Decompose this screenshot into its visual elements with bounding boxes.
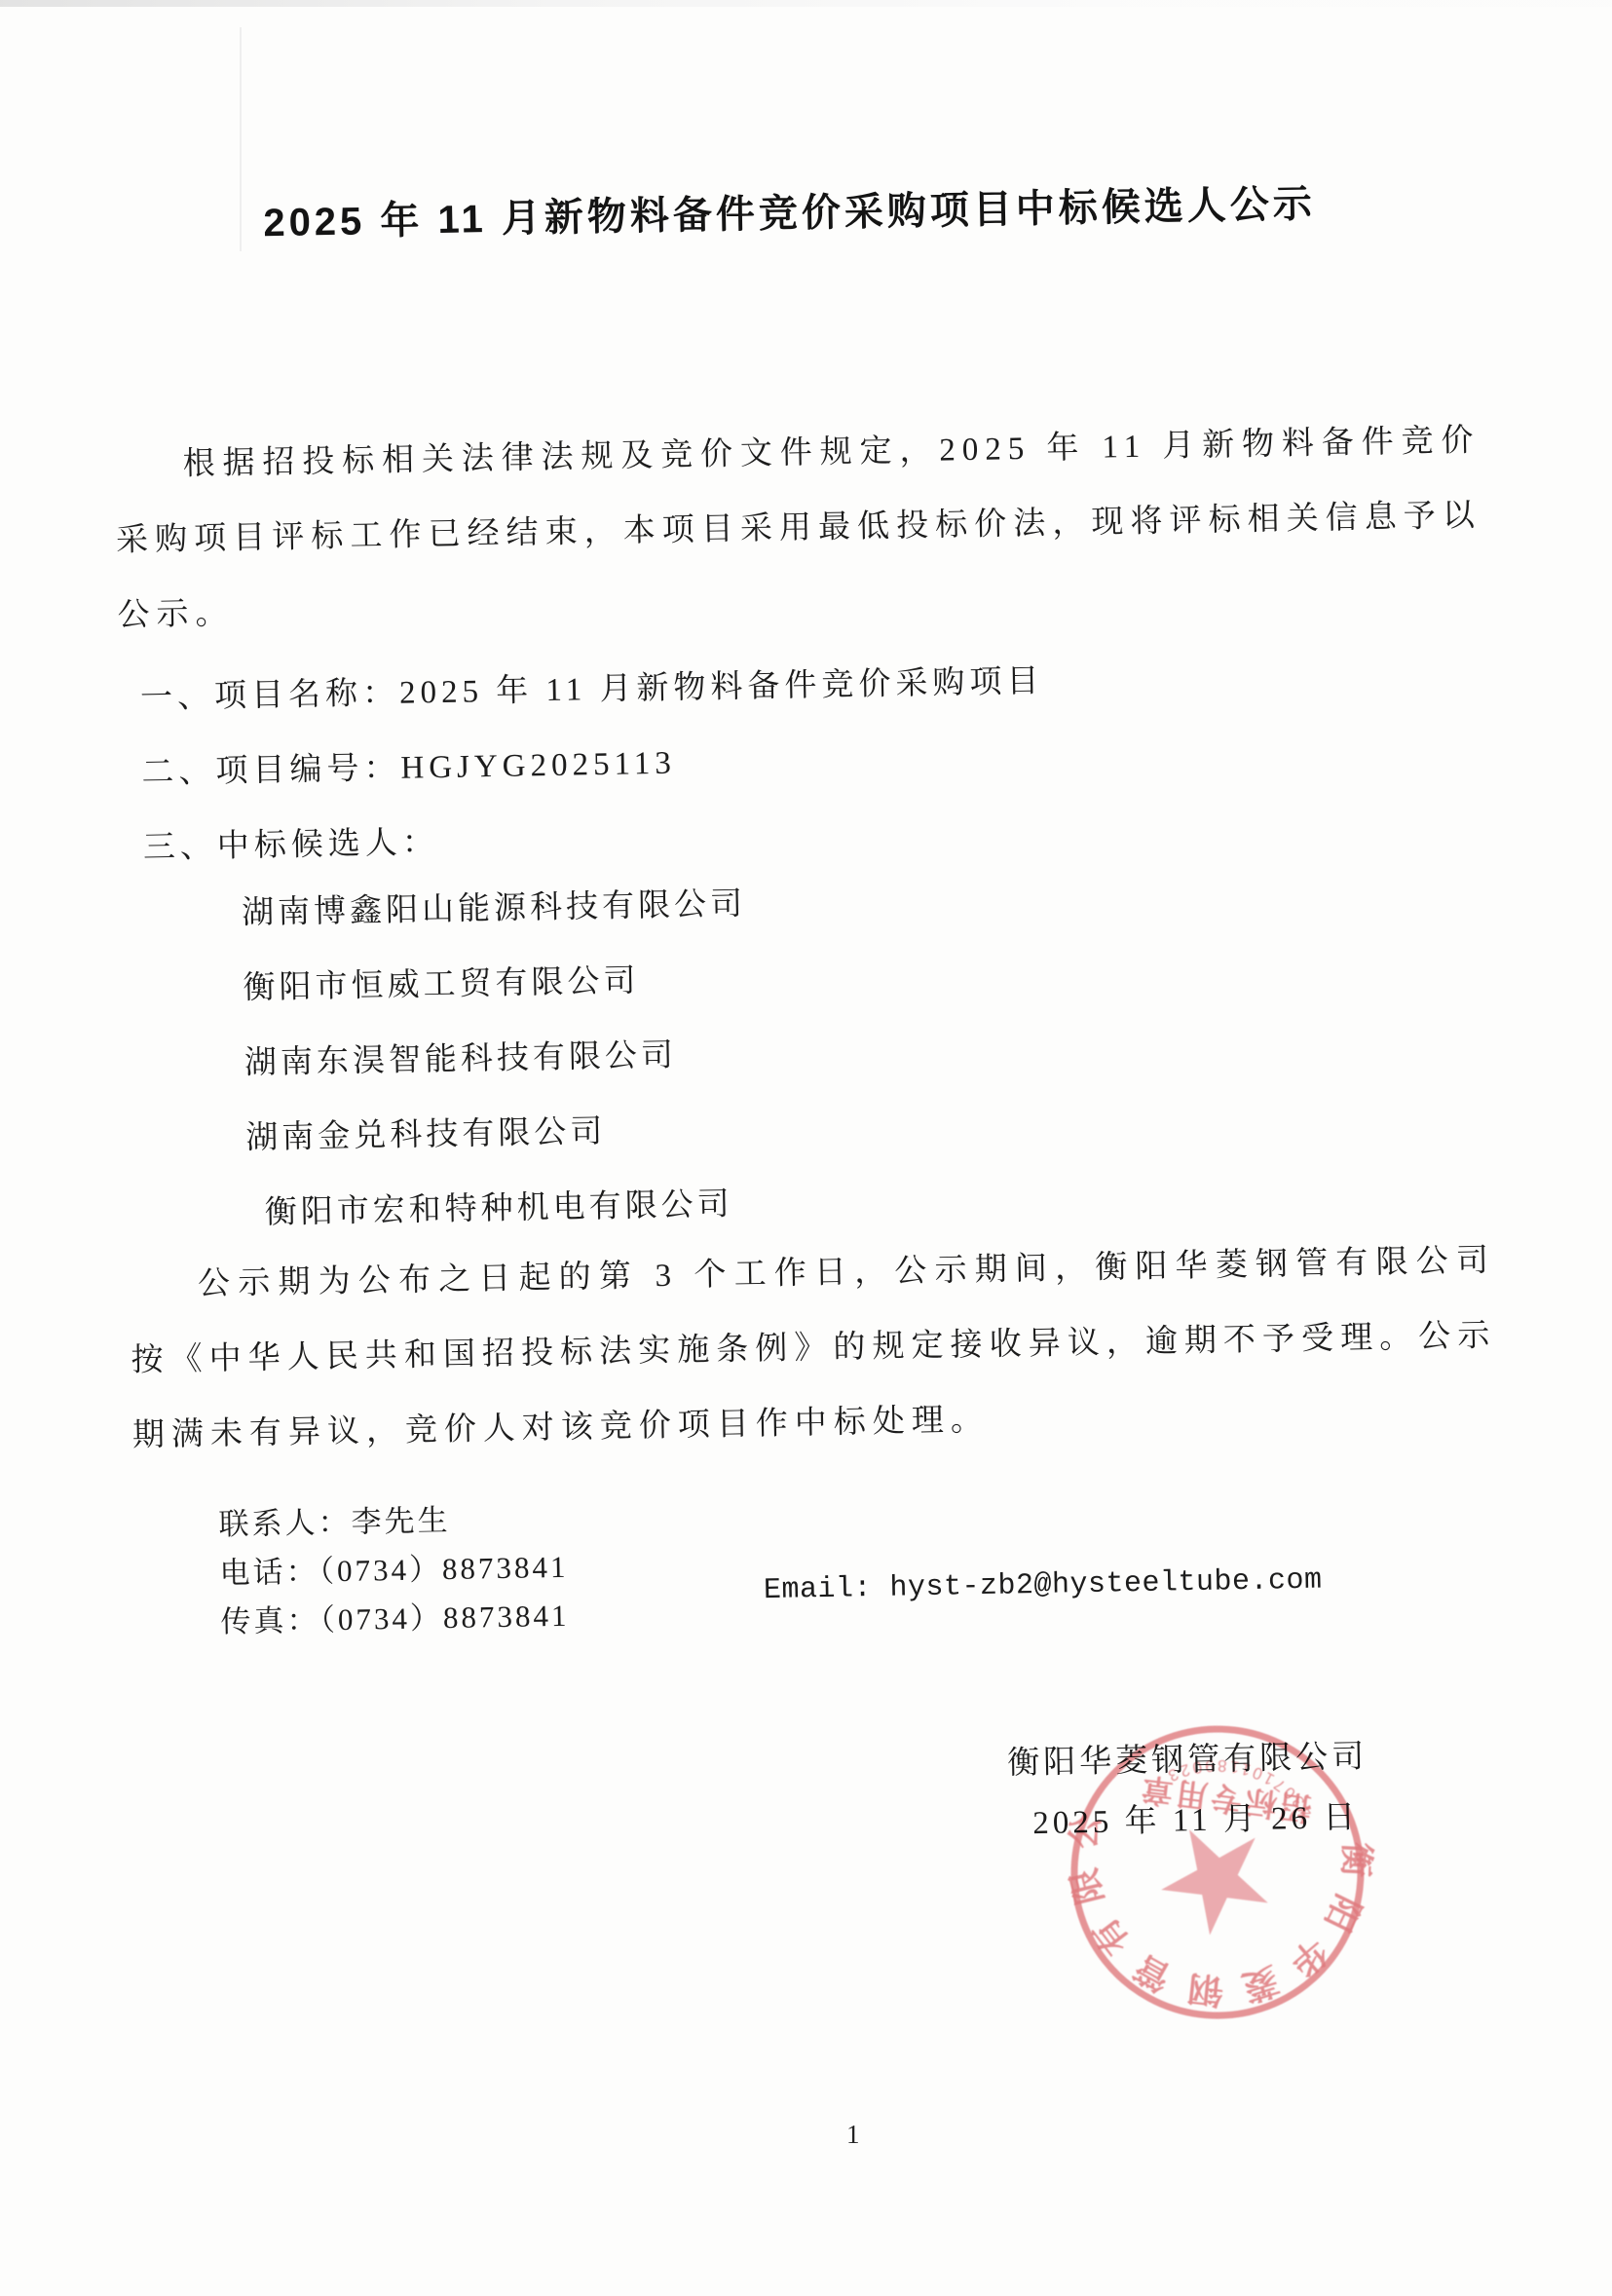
contact-person: 联系人：李先生	[218, 1494, 568, 1550]
intro-paragraph: 根据招投标相关法律法规及竞价文件规定，2025 年 11 月新物料备件竞价采购项…	[114, 403, 1483, 654]
contact-fax: 传真：（0734）8873841	[220, 1592, 570, 1647]
document-title: 2025 年 11 月新物料备件竞价采购项目中标候选人公示	[0, 168, 1595, 252]
document-page: 2025 年 11 月新物料备件竞价采购项目中标候选人公示 根据招投标相关法律法…	[0, 0, 1612, 2296]
notice-paragraph: 公示期为公布之日起的第 3 个工作日，公示期间，衡阳华菱钢管有限公司按《中华人民…	[129, 1223, 1498, 1474]
seal-star-icon	[1156, 1827, 1275, 1942]
contact-email: Email: hyst-zb2@hysteeltube.com	[764, 1564, 1323, 1608]
candidate-company: 湖南博鑫阳山能源科技有限公司	[241, 867, 746, 951]
page-number: 1	[846, 2120, 860, 2150]
company-seal-stamp: 衡阳华菱钢管有限公司 招标专用章 4307101189023	[1038, 1693, 1397, 2051]
candidate-company: 湖南金兑科技有限公司	[245, 1092, 751, 1176]
candidate-company: 湖南东淏智能科技有限公司	[244, 1017, 749, 1101]
contact-phone: 电话：（0734）8873841	[219, 1543, 569, 1599]
candidate-company-list: 湖南博鑫阳山能源科技有限公司 衡阳市恒威工贸有限公司 湖南东淏智能科技有限公司 …	[241, 867, 752, 1251]
candidate-company: 衡阳市恒威工贸有限公司	[243, 942, 748, 1026]
contact-block: 联系人：李先生 电话：（0734）8873841 传真：（0734）887384…	[218, 1494, 570, 1647]
project-info-list: 一、项目名称：2025 年 11 月新物料备件竞价采购项目 二、项目编号：HGJ…	[139, 645, 1047, 886]
document-content: 2025 年 11 月新物料备件竞价采购项目中标候选人公示 根据招投标相关法律法…	[0, 0, 1612, 2296]
seal-graphic: 衡阳华菱钢管有限公司 招标专用章 4307101189023	[1038, 1693, 1397, 2051]
